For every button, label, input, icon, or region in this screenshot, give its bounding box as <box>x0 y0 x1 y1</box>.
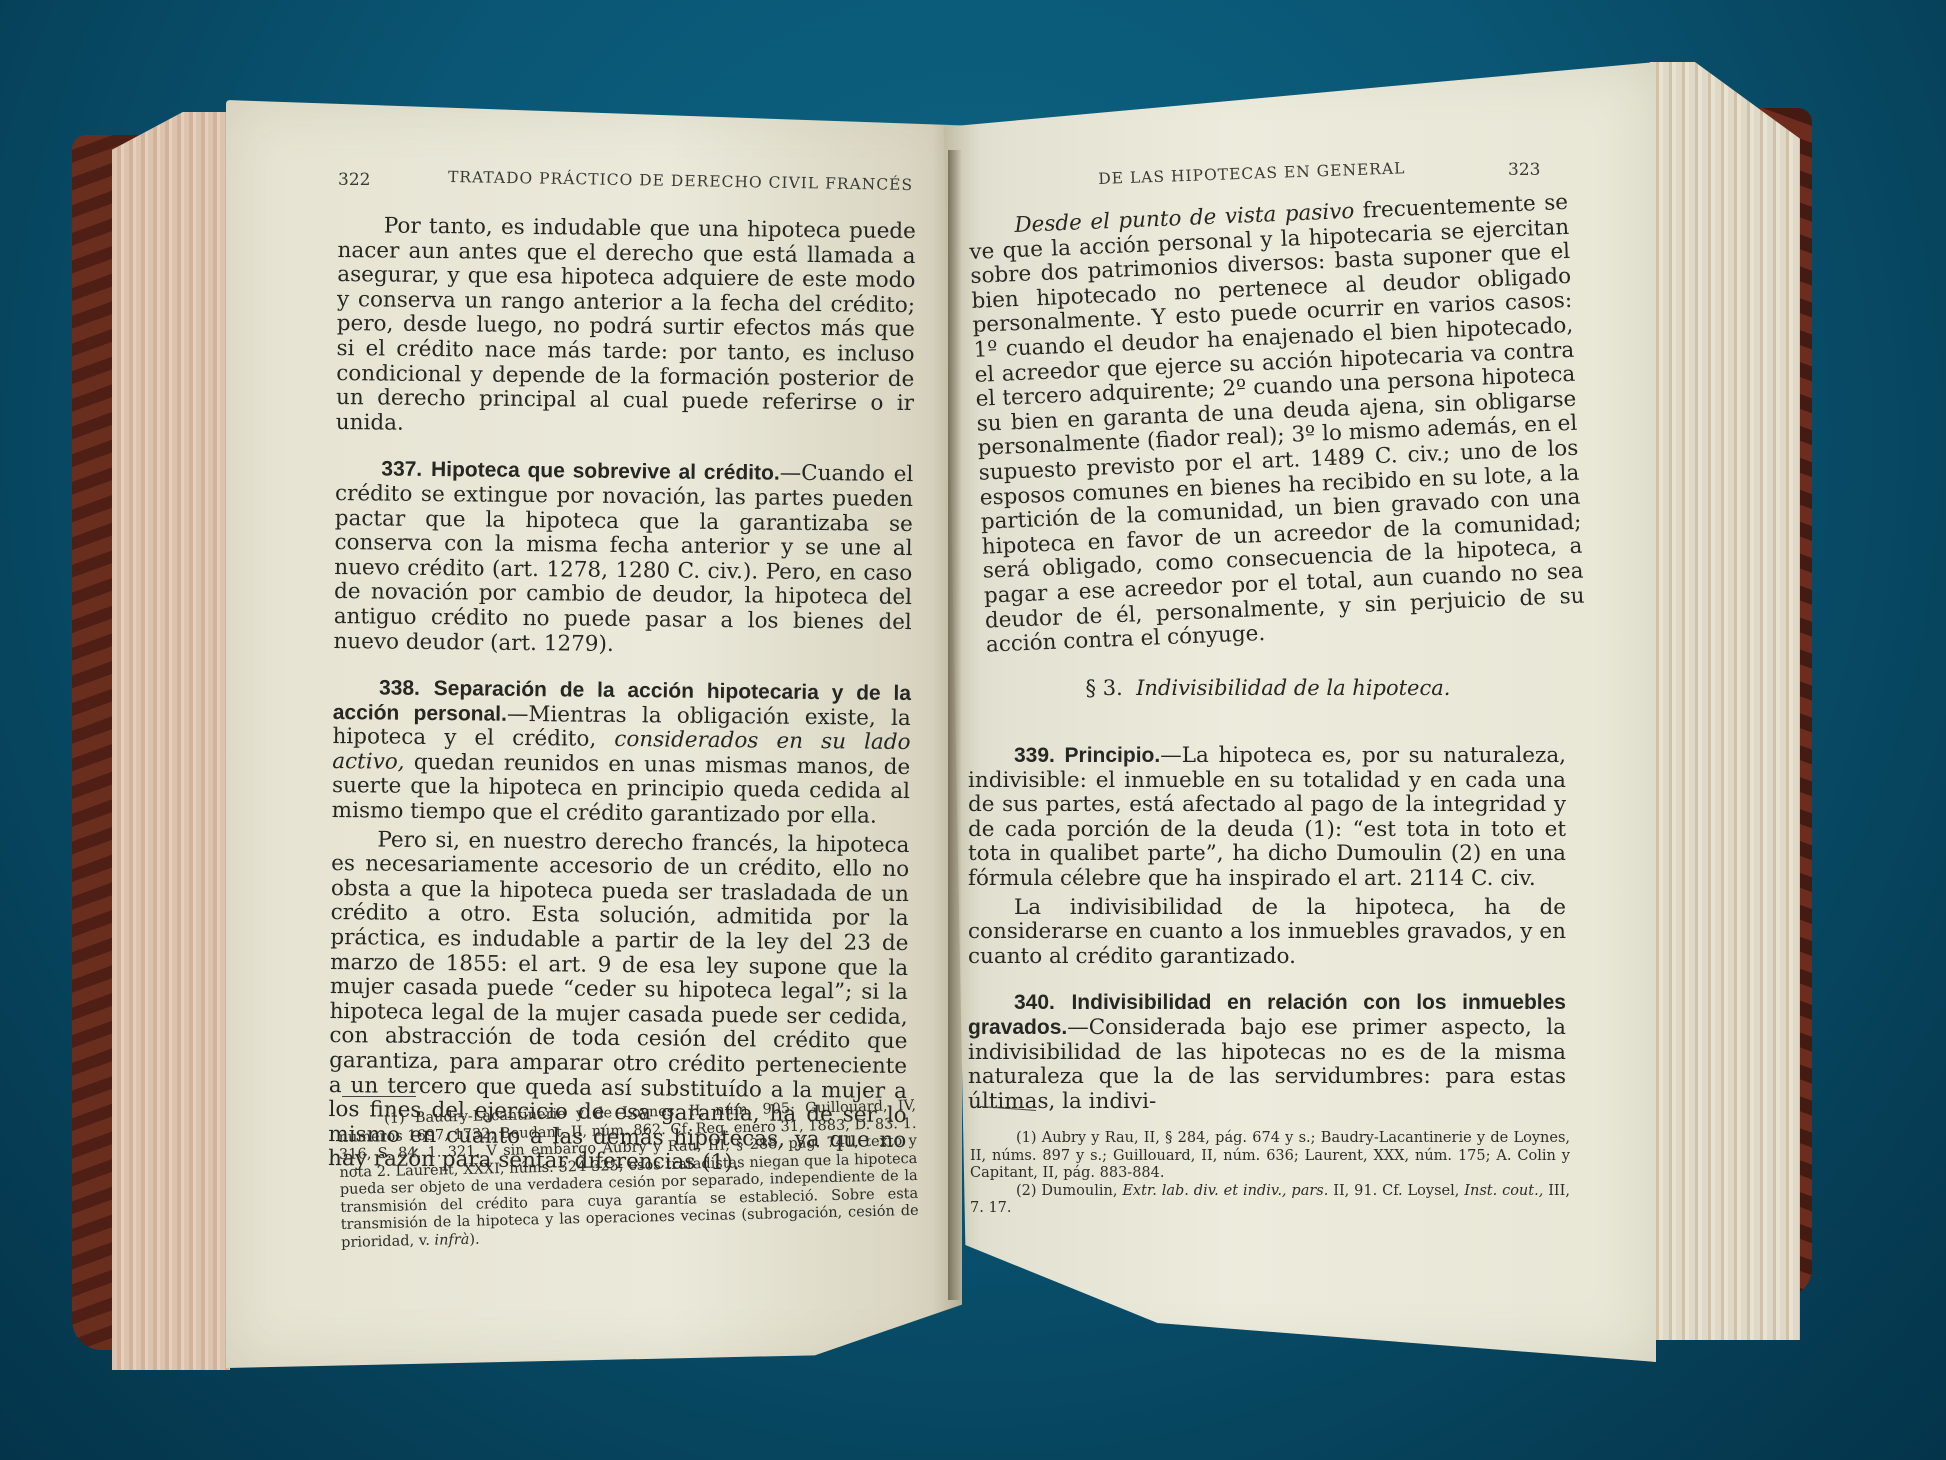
section-337-number: 337. <box>381 458 422 481</box>
section-heading-number: § 3. <box>1086 676 1123 700</box>
right-footnote-2-italic-2: Inst. cout., <box>1464 1183 1543 1199</box>
right-paragraph-1-text: frecuentemente se ve que la acción perso… <box>969 190 1585 658</box>
left-footnote-rule <box>342 1096 416 1097</box>
section-heading-3: § 3. Indivisibilidad de la hipoteca. <box>968 676 1568 701</box>
section-heading-title: Indivisibilidad de la hipoteca. <box>1136 676 1450 700</box>
left-footnote-1-italic: infrà <box>434 1231 469 1248</box>
page-edges-right <box>1650 62 1800 1340</box>
right-footnote-2-start: (2) Dumoulin, <box>1016 1183 1122 1199</box>
right-page-number: 323 <box>1508 160 1540 180</box>
right-paragraph-2: La indivisibilidad de la hipoteca, ha de… <box>968 896 1566 970</box>
left-page-number: 322 <box>338 170 370 190</box>
section-340-number: 340. <box>1014 991 1055 1014</box>
right-footnote-2: (2) Dumoulin, Extr. lab. div. et indiv.,… <box>970 1183 1570 1218</box>
section-337-body: —Cuando el crédito se extingue por novac… <box>333 461 913 656</box>
left-footnote-1-text: (1) Baudry-Lacantinerie y de Loynes, II,… <box>338 1098 918 1251</box>
page-edges-left <box>112 112 230 1370</box>
right-footnote-2-mid: II, 91. Cf. Loysel, <box>1328 1183 1464 1199</box>
right-paragraph-1: Desde el punto de vista pasivo frecuente… <box>968 191 1586 658</box>
section-339-number: 339. <box>1014 744 1055 767</box>
right-page-top-body: Desde el punto de vista pasivo frecuente… <box>968 191 1586 658</box>
section-339: 339. Principio.—La hipoteca es, por su n… <box>968 744 1566 892</box>
section-338-body-b: quedan reunidos en unas mismas manos, de… <box>332 750 911 829</box>
section-337: 337. Hipoteca que sobrevive al crédito.—… <box>333 457 913 660</box>
left-footnotes: (1) Baudry-Lacantinerie y de Loynes, II,… <box>338 1098 919 1252</box>
right-footnotes: (1) Aubry y Rau, II, § 284, pág. 674 y s… <box>970 1130 1570 1218</box>
left-footnote-1: (1) Baudry-Lacantinerie y de Loynes, II,… <box>338 1098 919 1252</box>
left-footnote-1-end: ). <box>469 1231 480 1247</box>
right-page-bottom-body: 339. Principio.—La hipoteca es, por su n… <box>968 744 1566 1114</box>
right-footnote-1: (1) Aubry y Rau, II, § 284, pág. 674 y s… <box>970 1130 1570 1183</box>
section-338-number: 338. <box>379 677 420 700</box>
book-gutter-shadow <box>948 150 962 1300</box>
left-page-body: Por tanto, es indudable que una hipoteca… <box>328 214 916 1178</box>
section-337-title: Hipoteca que sobrevive al crédito. <box>431 458 780 485</box>
left-paragraph-1: Por tanto, es indudable que una hipoteca… <box>336 214 916 441</box>
section-338: 338. Separación de la acción hipotecaria… <box>332 676 912 830</box>
right-footnote-2-italic-1: Extr. lab. div. et indiv., pars. <box>1122 1183 1328 1199</box>
section-340: 340. Indivisibilidad en relación con los… <box>968 991 1566 1114</box>
section-339-body: —La hipoteca es, por su naturaleza, indi… <box>968 743 1566 891</box>
section-339-title: Principio. <box>1065 744 1161 767</box>
